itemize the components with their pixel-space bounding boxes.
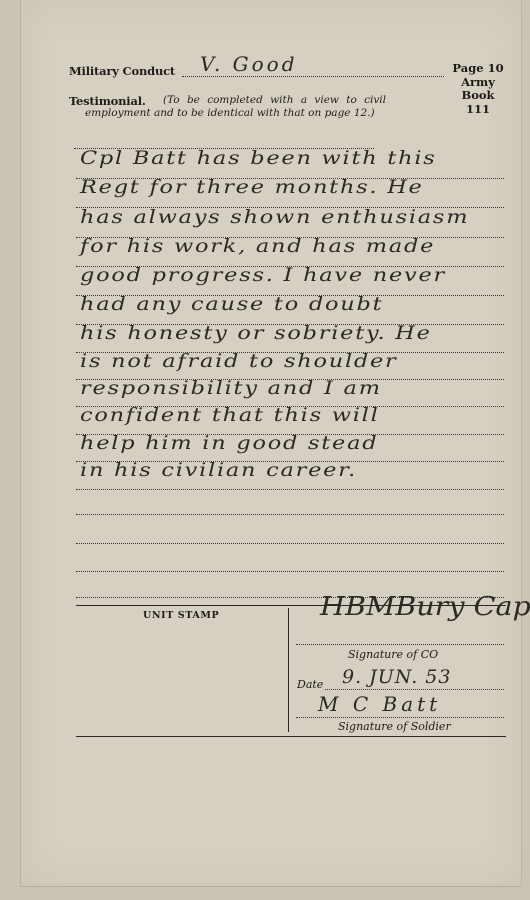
testimonial-line-2: Regt for three months. He xyxy=(80,176,424,198)
testimonial-line-12: in his civilian career. xyxy=(80,459,357,481)
soldier-signature-line xyxy=(296,717,504,718)
testimonial-line-9: responsibility and I am xyxy=(80,377,382,399)
testimonial-line-3: has always shown enthusiasm xyxy=(80,206,469,228)
military-conduct-label: Military Conduct xyxy=(69,64,175,78)
testimonial-line-8: is not afraid to shoulder xyxy=(80,350,398,372)
writing-line xyxy=(76,543,504,544)
date-value: 9. JUN. 53 xyxy=(342,666,451,688)
writing-line xyxy=(76,514,504,515)
writing-line xyxy=(76,489,504,490)
testimonial-line-10: confident that this will xyxy=(80,404,380,426)
footer-divider xyxy=(288,608,289,732)
page-ref-number: 111 xyxy=(447,103,509,117)
soldier-signature-caption: Signature of Soldier xyxy=(338,720,451,733)
testimonial-note-line2: employment and to be identical with that… xyxy=(85,107,375,119)
writing-line xyxy=(76,571,504,572)
testimonial-line-1: Cpl Batt has been with this xyxy=(80,147,437,169)
military-conduct-dotted-line xyxy=(182,76,444,77)
testimonial-label: Testimonial. xyxy=(69,94,146,108)
unit-stamp-label: UNIT STAMP xyxy=(143,610,219,621)
testimonial-line-5: good progress. I have never xyxy=(80,264,446,286)
date-label: Date xyxy=(297,678,323,691)
date-line xyxy=(325,689,504,690)
soldier-signature: M C Batt xyxy=(318,692,441,716)
testimonial-line-4: for his work, and has made xyxy=(80,235,435,257)
testimonial-note-line1: (To be completed with a view to civil xyxy=(163,94,386,106)
testimonial-line-7: his honesty or sobriety. He xyxy=(80,322,432,344)
page-ref-army: Army xyxy=(447,76,509,90)
footer-bottom-rule xyxy=(76,736,506,737)
co-signature: HBMBury Capt xyxy=(320,592,530,622)
page-reference: Page 10 Army Book 111 xyxy=(447,62,509,116)
co-signature-line xyxy=(296,644,504,645)
military-conduct-value: V. Good xyxy=(200,52,298,76)
page-ref-book: Book xyxy=(447,89,509,103)
testimonial-line-11: help him in good stead xyxy=(80,432,378,454)
page-ref-page: Page 10 xyxy=(447,62,509,76)
testimonial-line-6: had any cause to doubt xyxy=(80,293,383,315)
co-signature-caption: Signature of CO xyxy=(348,648,438,661)
